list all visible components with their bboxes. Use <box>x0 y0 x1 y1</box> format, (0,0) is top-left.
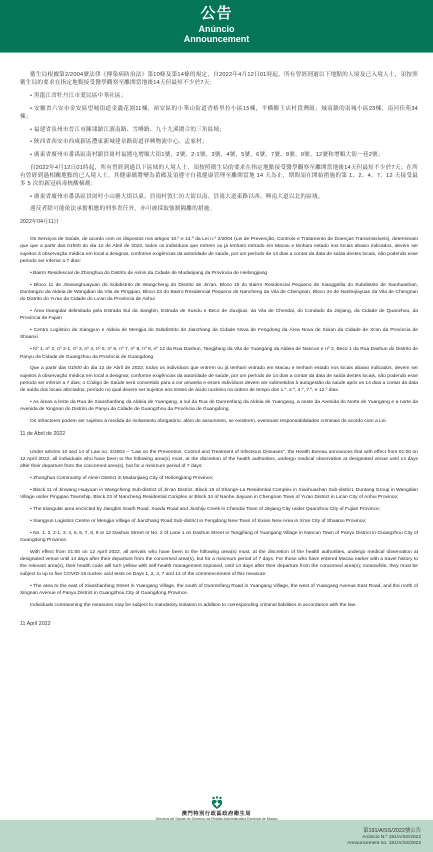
zh-item: • 黑龍江省牡丹江市愛民區中華社區； <box>20 92 418 100</box>
announcement-reference-numbers: 第191/A/SS/2022號公告 Anúncio N.º 191/A/SS/2… <box>347 828 421 846</box>
en-intro-2: With effect from 01:00 on 12 April 2022,… <box>20 549 418 578</box>
en-item: • The triangular area encircled by Jiang… <box>20 506 418 513</box>
zh-intro-2: 自2022年4月12日01時起，所有曾經到過以下區域的人境人士，須按照衛生局的要… <box>20 164 418 189</box>
en-item: • No. 1, 2, 2-1, 3, 4, 5, 6, 7, 8, 9 or … <box>20 530 418 545</box>
zh-item: • 陝西省西安市西咸新區灃東新城建章路街道祥興物流中心、孟家村； <box>20 138 418 146</box>
health-bureau-heart-cross-icon <box>210 796 224 810</box>
pt-warning: Os infractores podem ser sujeitos à medi… <box>20 418 418 425</box>
zh-item: • 廣東省廣州市番禺區員崗村小山塘大街以東、員崗村敦仁坊大街以南、員崗大道東路以… <box>20 193 418 201</box>
header-title-en: Announcement <box>0 34 433 44</box>
zh-intro: 衛生局根據第2/2004號法律《傳染病防治法》第10條及第14條的規定，自202… <box>20 71 418 87</box>
reference-zh: 第191/A/SS/2022號公告 <box>347 828 421 835</box>
announcement-body: 衛生局根據第2/2004號法律《傳染病防治法》第10條及第14條的規定，自202… <box>20 71 418 628</box>
pt-item: • As áreas a leste da Rua de Xiaoshanfan… <box>20 399 418 414</box>
zh-warning: 違反者除可能依法承擔相應的刑事責任外，亦可被採取強制隔離的措施。 <box>20 205 418 213</box>
reference-en: Announcement no. 191/A/SS/2022 <box>347 841 421 847</box>
pt-intro: Os Serviços de Saúde, de acordo com os d… <box>20 236 418 265</box>
zh-item: • 安徽省六安市金安區望城街道金鑫花園11棟，裕安區的小華山街道香格里拉小區15… <box>20 105 418 121</box>
zh-date: 2022年04月11日 <box>20 218 418 226</box>
en-warning: Individuals contravening the measures ma… <box>20 602 418 609</box>
en-intro: Under articles 10 and 14 of Law no. 2/20… <box>20 449 418 471</box>
en-date: 11 April 2022 <box>20 620 418 628</box>
pt-date: 11 de Abril de 2022 <box>20 430 418 438</box>
en-item: • Xiangyun Logistics Centre or Mengjia V… <box>20 518 418 525</box>
zh-item: • 廣東省廣州市番禺區南村鎮員崗村福圍屯增順大街1號、2號、2-1號、3號、4號… <box>20 151 418 159</box>
announcement-footer: 第191/A/SS/2022號公告 Anúncio N.º 191/A/SS/2… <box>0 820 433 852</box>
en-item: • Block 11 of Jinwang Huayuan in Wangche… <box>20 487 418 502</box>
chinese-section: 衛生局根據第2/2004號法律《傳染病防治法》第10條及第14條的規定，自202… <box>20 71 418 226</box>
pt-item: • Centro Logístico de Xiangyun e Aldeia … <box>20 327 418 342</box>
portuguese-section: Os Serviços de Saúde, de acordo com os d… <box>20 236 418 438</box>
pt-intro-2: Que a partir das 01h00 do dia 12 de Abri… <box>20 365 418 394</box>
pt-item: • Bairro Residencial de Zhonghua do Dist… <box>20 270 418 277</box>
pt-item: • Nº 1, nº 2, nº 2-1, nº 3, nº 4, nº 5, … <box>20 346 418 361</box>
health-bureau-logo-block: 澳門特別行政區政府衛生局 Serviços de Saúde do Govern… <box>0 796 433 821</box>
en-item: • Zhonghua Community of Aimin District i… <box>20 475 418 482</box>
header-title-zh: 公告 <box>0 0 433 22</box>
pt-item: • Área triangular delimitada pela Estrad… <box>20 308 418 323</box>
header-title-pt: Anúncio <box>0 24 433 34</box>
announcement-header: 公告 Anúncio Announcement <box>0 0 433 53</box>
pt-item: • Bloco 11 de Jinwanghuayuan do Subdistr… <box>20 282 418 304</box>
en-item: • The area to the east of Xiaoshanfang S… <box>20 583 418 598</box>
english-section: Under articles 10 and 14 of Law no. 2/20… <box>20 449 418 628</box>
zh-item: • 福建省泉州市晉江市陳埭鎮江濱南路、雪峰路、九十九溪圍合的三角區域； <box>20 126 418 134</box>
